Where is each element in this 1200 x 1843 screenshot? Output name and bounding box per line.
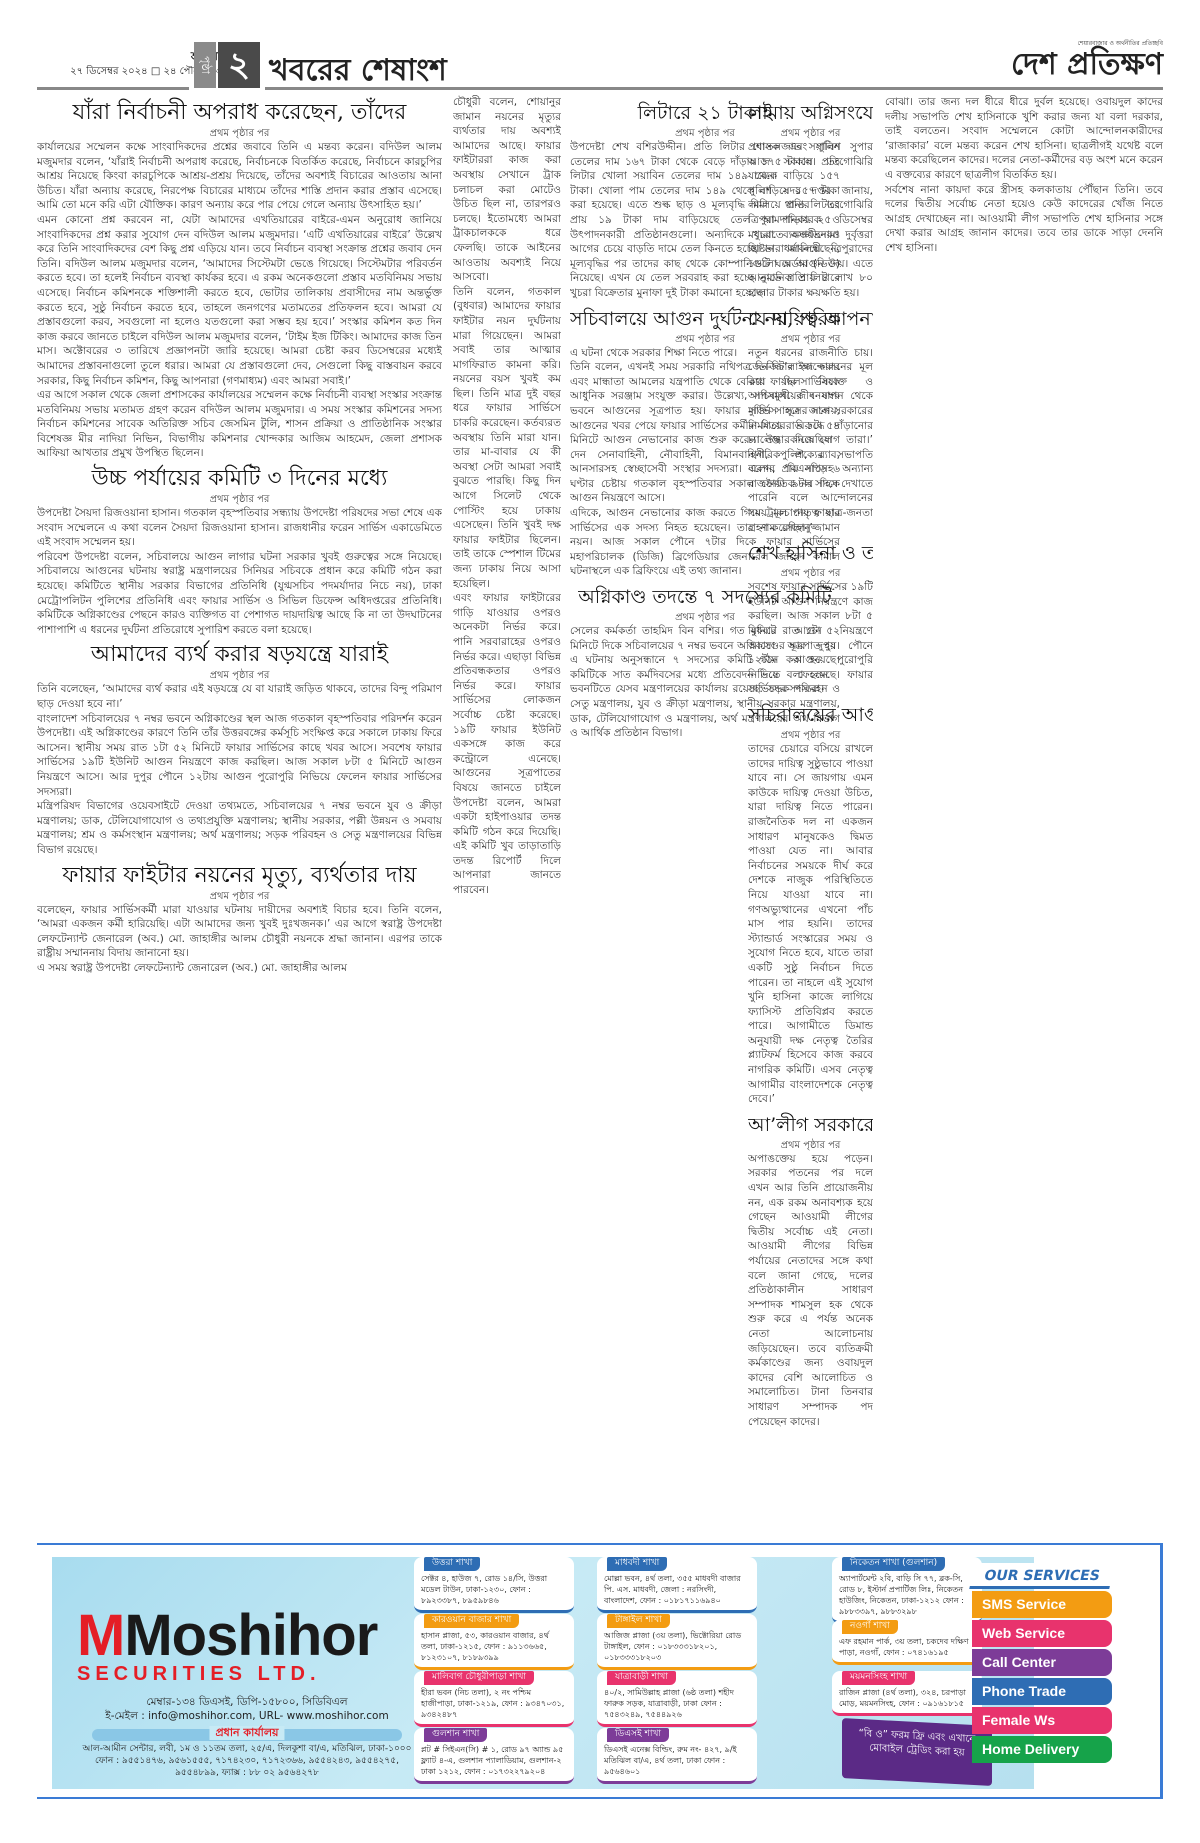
article-headline: যে দায়িত্ব আপনাকে — [748, 305, 873, 333]
service-phone-trade: Phone Trade — [972, 1678, 1112, 1705]
branch-name: মালিবাগ চৌধুরীপাড়া শাখা — [424, 1671, 534, 1685]
branch-name: নওগাঁ শাখা — [842, 1620, 898, 1634]
article-headline: সচিবালয়ের আগুনে — [748, 701, 873, 729]
continued-label: প্রথম পৃষ্ঠার পর — [37, 127, 442, 140]
branch-address: আজিজ প্লাজা (৩য় তলা), ভিক্টোরিয়া রোড ট… — [604, 1630, 750, 1663]
branch-address: মোল্লা ভবন, ৪র্থ তলা, ৩৫৫ মাধবদী বাজার প… — [604, 1573, 750, 1606]
continued-label: প্রথম পৃষ্ঠার পর — [748, 127, 873, 140]
page-number: ২ — [218, 42, 260, 88]
promo-banner: “বি ও” ফরম ফ্রি এবং এখানে মোবাইল ট্রেডিং… — [842, 1718, 992, 1786]
article-paragraph: চৌধুরী বলেন, শোয়ানুর জামান নয়নের মৃত্য… — [453, 95, 561, 285]
branch-card: মালিবাগ চৌধুরীপাড়া শাখাহীরা ভবন (নিচ তল… — [414, 1671, 574, 1727]
article-headline: উচ্চ পর্যায়ের কমিটি ৩ দিনের মধ্যে — [37, 465, 442, 493]
article-paragraph: এ সময় স্বরাষ্ট্র উপদেষ্টা লেফটেন্যান্ট … — [37, 961, 442, 976]
branch-name: উত্তরা শাখা — [424, 1557, 480, 1571]
service-web: Web Service — [972, 1620, 1112, 1647]
column-1: যাঁরা নির্বাচনী অপরাধ করেছেন, তাঁদের প্র… — [37, 95, 442, 1535]
branch-name: নিকেতন শাখা (গুলশান) — [842, 1557, 945, 1571]
article-paragraph: কার্যালয়ের সম্মেলন কক্ষে সাংবাদিকদের প্… — [37, 140, 442, 213]
brand-name: Moshihor — [124, 1603, 377, 1668]
column-5: বোঝা। তার জন্য দল ধীরে ধীরে দুর্বল হয়েছ… — [885, 95, 1163, 1535]
article-paragraph: এমন কোনো প্রশ্ন করবেন না, যেটা আমাদের এখ… — [37, 213, 442, 388]
services-title: OUR SERVICES — [969, 1563, 1115, 1589]
article-headline: যাঁরা নির্বাচনী অপরাধ করেছেন, তাঁদের — [37, 99, 442, 127]
header-divider — [265, 87, 1163, 90]
newspaper-name: দেশ প্রতিক্ষণ — [1011, 49, 1163, 81]
article-paragraph: তিনি বলেছেন, ‘আমাদের ব্যর্থ করার এই ষড়য… — [37, 682, 442, 711]
services-list: OUR SERVICES SMS Service Web Service Cal… — [972, 1563, 1112, 1765]
service-sms: SMS Service — [972, 1591, 1112, 1618]
branch-address: হাসান প্লাজা, ৫৩, কারওয়ান বাজার, ৪র্থ ত… — [421, 1630, 567, 1663]
branch-card: ডিএসই শাখাডিএসই এনেক্স বিল্ডিং, রুম নং- … — [597, 1728, 757, 1784]
continued-label: প্রথম পৃষ্ঠার পর — [748, 333, 873, 346]
article-paragraph: বাংলাদেশ সচিবালয়ের ৭ নম্বর ভবনে অগ্নিকা… — [37, 712, 442, 800]
branch-address: হীরা ভবন (নিচ তলা), ২ নং পশ্চিম হাজীপাড়… — [421, 1687, 567, 1720]
page-label: পৃষ্ঠা — [194, 42, 216, 88]
branch-address: এফ রহমান পার্ক, ৩য় তলা, চকদেব দক্ষিণ পা… — [839, 1636, 975, 1658]
article-paragraph: নতুন ধরনের রাজনীতি চায়। জেন-জি’র আন্দোল… — [748, 346, 873, 536]
branch-name: মাধবদী শাখা — [607, 1557, 667, 1571]
branch-address: সেক্টর ৪, হাউজ ৭, রোড ১৪/সি, উত্তরা মডেল… — [421, 1573, 567, 1606]
branch-name: যাত্রাবাড়ী শাখা — [607, 1671, 676, 1685]
hq-phones: ফোন : ৯৫৫১৪৭৬, ৯৫৬১৫৫৫, ৭১৭৪২৩০, ৭১৭২৩৬৬… — [82, 1755, 412, 1779]
brand-logo: MMoshihor SECURITIES LTD. — [77, 1602, 377, 1686]
article-paragraph: মন্ত্রিপরিষদ বিভাগের ওয়েবসাইটে দেওয়া ত… — [37, 799, 442, 857]
service-call-center: Call Center — [972, 1649, 1112, 1676]
branch-address: ৪০/২, সামিউল্লাহ প্লাজা (৬ষ্ঠ তলা) শহীদ … — [604, 1687, 750, 1720]
article-paragraph: উপদেষ্টা সৈয়দা রিজওয়ানা হাসান। গতকাল ব… — [37, 506, 442, 550]
article-paragraph: বলেছেন, ফায়ার সার্ভিসকর্মী মারা যাওয়ার… — [37, 903, 442, 961]
article-headline: লামায় অগ্নিসংযোগের — [748, 99, 873, 127]
article-paragraph: অপাঙক্তেয় হয়ে পড়েন। সরকার পতনের পর দল… — [748, 1152, 873, 1429]
article-headline: আ’লীগ সরকারের — [748, 1111, 873, 1139]
branch-card: উত্তরা শাখাসেক্টর ৪, হাউজ ৭, রোড ১৪/সি, … — [414, 1557, 574, 1613]
branch-card: নিকেতন শাখা (গুলশান)অ্যাপার্টমেন্ট ২বি, … — [832, 1557, 982, 1624]
article-paragraph: এর আগে সকাল থেকে জেলা প্রশাসকের কার্যালয… — [37, 388, 442, 461]
branch-card: কারওয়ান বাজার শাখাহাসান প্লাজা, ৫৩, কার… — [414, 1614, 574, 1670]
article-paragraph: সর্বশেষ নানা কায়দা করে স্ত্রীসহ কলকাতায… — [885, 183, 1163, 256]
branch-card: যাত্রাবাড়ী শাখা৪০/২, সামিউল্লাহ প্লাজা … — [597, 1671, 757, 1727]
hq-bar: প্রধান কার্যালয় — [92, 1729, 402, 1741]
continued-label: প্রথম পৃষ্ঠার পর — [748, 729, 873, 742]
hq-label: প্রধান কার্যালয় — [209, 1726, 284, 1740]
ad-background: MMoshihor SECURITIES LTD. মেম্বার-১৩৪ ডি… — [52, 1557, 1034, 1789]
branch-name: গুলশান শাখা — [424, 1728, 487, 1742]
branch-name: কারওয়ান বাজার শাখা — [424, 1614, 519, 1628]
branch-card: টাঙ্গাইল শাখাআজিজ প্লাজা (৩য় তলা), ভিক্… — [597, 1614, 757, 1670]
column-2: চৌধুরী বলেন, শোয়ানুর জামান নয়নের মৃত্য… — [453, 95, 561, 1535]
article-paragraph: সবশেষ ফায়ার সার্ভিসের ১৯টি ইউনিট আগুন ন… — [748, 580, 873, 697]
article-paragraph: পুলিশ সদর দপ্তর জানায়, লামা থানার তংগোঝ… — [748, 184, 873, 301]
branch-card: গুলশান শাখাপ্লট # সিইএন(সি) # ১, রোড ৯৭ … — [414, 1728, 574, 1784]
article-paragraph: এবং ফায়ার ফাইটারের গাড়ি যাওয়ার ওপরও অ… — [453, 591, 561, 897]
article-headline: আমাদের ব্যর্থ করার ষড়যন্ত্রে যারাই — [37, 641, 442, 669]
article-headline: ফায়ার ফাইটার নয়নের মৃত্যু, ব্যর্থতার দ… — [37, 862, 442, 890]
branch-address: রাজিন প্লাজা (৪র্থ তলা), ৩২৪, চরপাড়া মো… — [839, 1687, 975, 1709]
branch-name: ডিএসই শাখা — [607, 1728, 669, 1742]
article-paragraph: তিনি বলেন, গতকাল (বুধবার) আমাদের ফায়ার … — [453, 285, 561, 591]
service-female-ws: Female Ws — [972, 1707, 1112, 1734]
continued-label: প্রথম পৃষ্ঠার পর — [748, 567, 873, 580]
branch-address: ডিএসই এনেক্স বিল্ডিং, রুম নং- ৪২৭, ৯/ই ম… — [604, 1744, 750, 1777]
service-home-delivery: Home Delivery — [972, 1736, 1112, 1763]
page-header: শুক্রবার ২৭ ডিসেম্বর ২০২৪ □ ২৪ পৌষ ১৪৩১ … — [37, 40, 1163, 90]
branch-name: ময়মনসিংহ শাখা — [842, 1671, 915, 1685]
newspaper-logo: শেয়ারবাজার ও অর্থনীতির প্রতিচ্ছবি দেশ প… — [1011, 38, 1163, 81]
branch-address: অ্যাপার্টমেন্ট ২বি, বাড়ি সি ৭৭, ব্লক-সি… — [839, 1573, 975, 1617]
contact-text[interactable]: ই-মেইল : info@moshihor.com, URL- www.mos… — [82, 1709, 412, 1723]
branch-name: টাঙ্গাইল শাখা — [607, 1614, 670, 1628]
article-paragraph: বোঝা। তার জন্য দল ধীরে ধীরে দুর্বল হয়েছ… — [885, 95, 1163, 183]
article-paragraph: তাদের চেয়ারে বসিয়ে রাখলে তাদের দায়িত্… — [748, 742, 873, 1107]
header-divider — [37, 87, 189, 90]
continued-label: প্রথম পৃষ্ঠার পর — [748, 1139, 873, 1152]
hq-address: আল-আমীন সেন্টার, লবী, ১ম ও ১১তম তলা, ২৫/… — [82, 1743, 412, 1755]
column-4: লামায় অগ্নিসংযোগের প্রথম পৃষ্ঠার পর প্র… — [748, 95, 873, 1535]
membership-text: মেম্বার-১৩৪ ডিএসই, ডিপি-১৫৮০০, সিডিবিএল — [82, 1695, 412, 1709]
article-paragraph: পরিবেশ উপদেষ্টা বলেন, সচিবালয়ে আগুন লাগ… — [37, 550, 442, 638]
continued-label: প্রথম পৃষ্ঠার পর — [37, 669, 442, 682]
branch-card: মাধবদী শাখামোল্লা ভবন, ৪র্থ তলা, ৩৫৫ মাধ… — [597, 1557, 757, 1613]
branch-card: নওগাঁ শাখাএফ রহমান পার্ক, ৩য় তলা, চকদেব… — [832, 1620, 982, 1665]
article-paragraph: প্রশাসক এবং পুলিশ সুপার আজ সকালে তংগোঝির… — [748, 140, 873, 184]
branch-address: প্লট # সিইএন(সি) # ১, রোড ৯৭ অ্যান্ড ৯৫ … — [421, 1744, 567, 1777]
continued-label: প্রথম পৃষ্ঠার পর — [37, 493, 442, 506]
brand-info: মেম্বার-১৩৪ ডিএসই, ডিপি-১৫৮০০, সিডিবিএল … — [82, 1695, 412, 1779]
article-headline: শেখ হাসিনা ও তার — [748, 539, 873, 567]
branch-card: ময়মনসিংহ শাখারাজিন প্লাজা (৪র্থ তলা), ৩… — [832, 1671, 982, 1716]
continued-label: প্রথম পৃষ্ঠার পর — [37, 890, 442, 903]
